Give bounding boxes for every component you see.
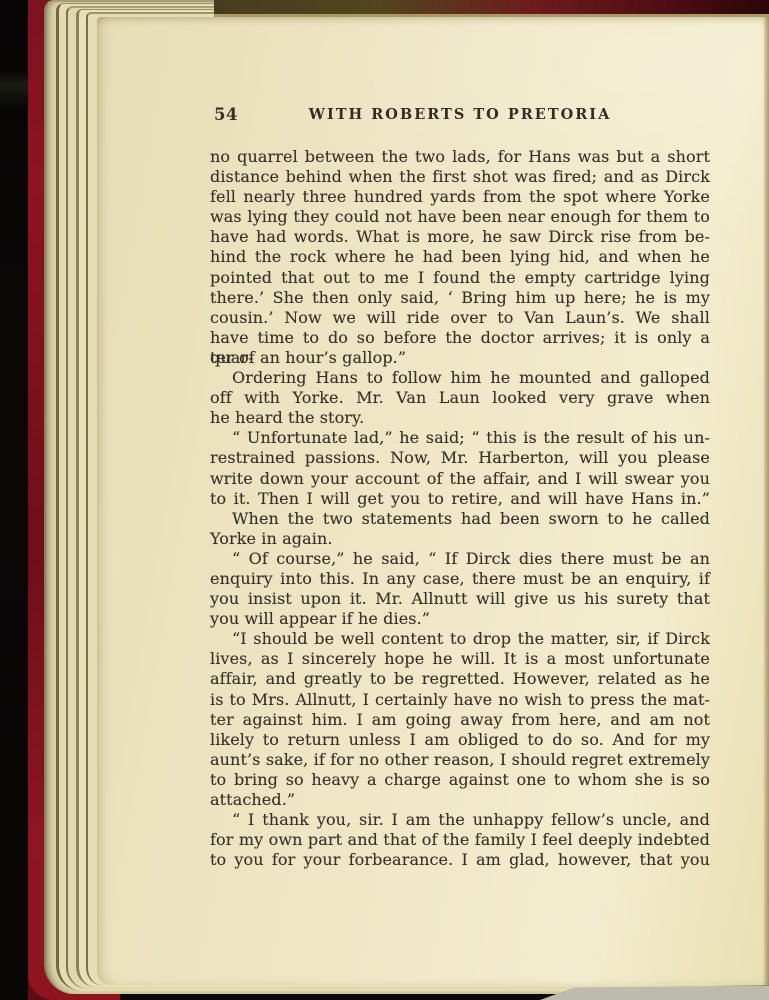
- running-title: WITH ROBERTS TO PRETORIA: [210, 105, 710, 123]
- text-line: Yorke in again.: [210, 529, 710, 549]
- text-line: hind the rock where he had been lying hi…: [210, 247, 710, 267]
- text-line: to you for your forbearance. I am glad, …: [210, 850, 710, 870]
- book-cover-top-edge: [214, 0, 769, 17]
- text-line: was lying they could not have been near …: [210, 207, 710, 227]
- text-line: “ Unfortunate lad,” he said; “ this is t…: [210, 428, 710, 448]
- text-line: pointed that out to me I found the empty…: [210, 268, 710, 288]
- text-line: affair, and greatly to be regretted. How…: [210, 669, 710, 689]
- text-line: “I should be well content to drop the ma…: [210, 629, 710, 649]
- text-line: “ Of course,” he said, “ If Dirck dies t…: [210, 549, 710, 569]
- text-line: off with Yorke. Mr. Van Laun looked very…: [210, 388, 710, 408]
- text-line: aunt’s sake, if for no other reason, I s…: [210, 750, 710, 770]
- text-line: likely to return unless I am obliged to …: [210, 730, 710, 750]
- text-line: there.’ She then only said, ‘ Bring him …: [210, 288, 710, 308]
- text-line: you will appear if he dies.”: [210, 609, 710, 629]
- text-line: cousin.’ Now we will ride over to Van La…: [210, 308, 710, 328]
- text-line: ter of an hour’s gallop.”: [210, 348, 710, 368]
- text-line: have had words. What is more, he saw Dir…: [210, 227, 710, 247]
- text-line: distance behind when the first shot was …: [210, 167, 710, 187]
- text-line: ter against him. I am going away from he…: [210, 710, 710, 730]
- text-line: to bring so heavy a charge against one t…: [210, 770, 710, 790]
- text-line: he heard the story.: [210, 408, 710, 428]
- text-line: no quarrel between the two lads, for Han…: [210, 147, 710, 167]
- book-photo: 54 WITH ROBERTS TO PRETORIA no quarrel b…: [0, 0, 769, 1000]
- text-line: you insist upon it. Mr. Allnutt will giv…: [210, 589, 710, 609]
- text-line: enquiry into this. In any case, there mu…: [210, 569, 710, 589]
- body-text: no quarrel between the two lads, for Han…: [210, 147, 710, 870]
- book-page: 54 WITH ROBERTS TO PRETORIA no quarrel b…: [97, 17, 769, 985]
- page-number: 54: [214, 105, 238, 124]
- text-line: write down your account of the affair, a…: [210, 469, 710, 489]
- text-line: “ I thank you, sir. I am the unhappy fel…: [210, 810, 710, 830]
- text-line: is to Mrs. Allnutt, I certainly have no …: [210, 690, 710, 710]
- page-header: 54 WITH ROBERTS TO PRETORIA: [210, 105, 710, 127]
- text-line: have time to do so before the doctor arr…: [210, 328, 710, 348]
- text-line: restrained passions. Now, Mr. Harberton,…: [210, 448, 710, 468]
- text-line: lives, as I sincerely hope he will. It i…: [210, 649, 710, 669]
- text-line: to it. Then I will get you to retire, an…: [210, 489, 710, 509]
- text-line: When the two statements had been sworn t…: [210, 509, 710, 529]
- text-line: Ordering Hans to follow him he mounted a…: [210, 368, 710, 388]
- text-line: attached.”: [210, 790, 710, 810]
- text-line: fell nearly three hundred yards from the…: [210, 187, 710, 207]
- text-line: for my own part and that of the family I…: [210, 830, 710, 850]
